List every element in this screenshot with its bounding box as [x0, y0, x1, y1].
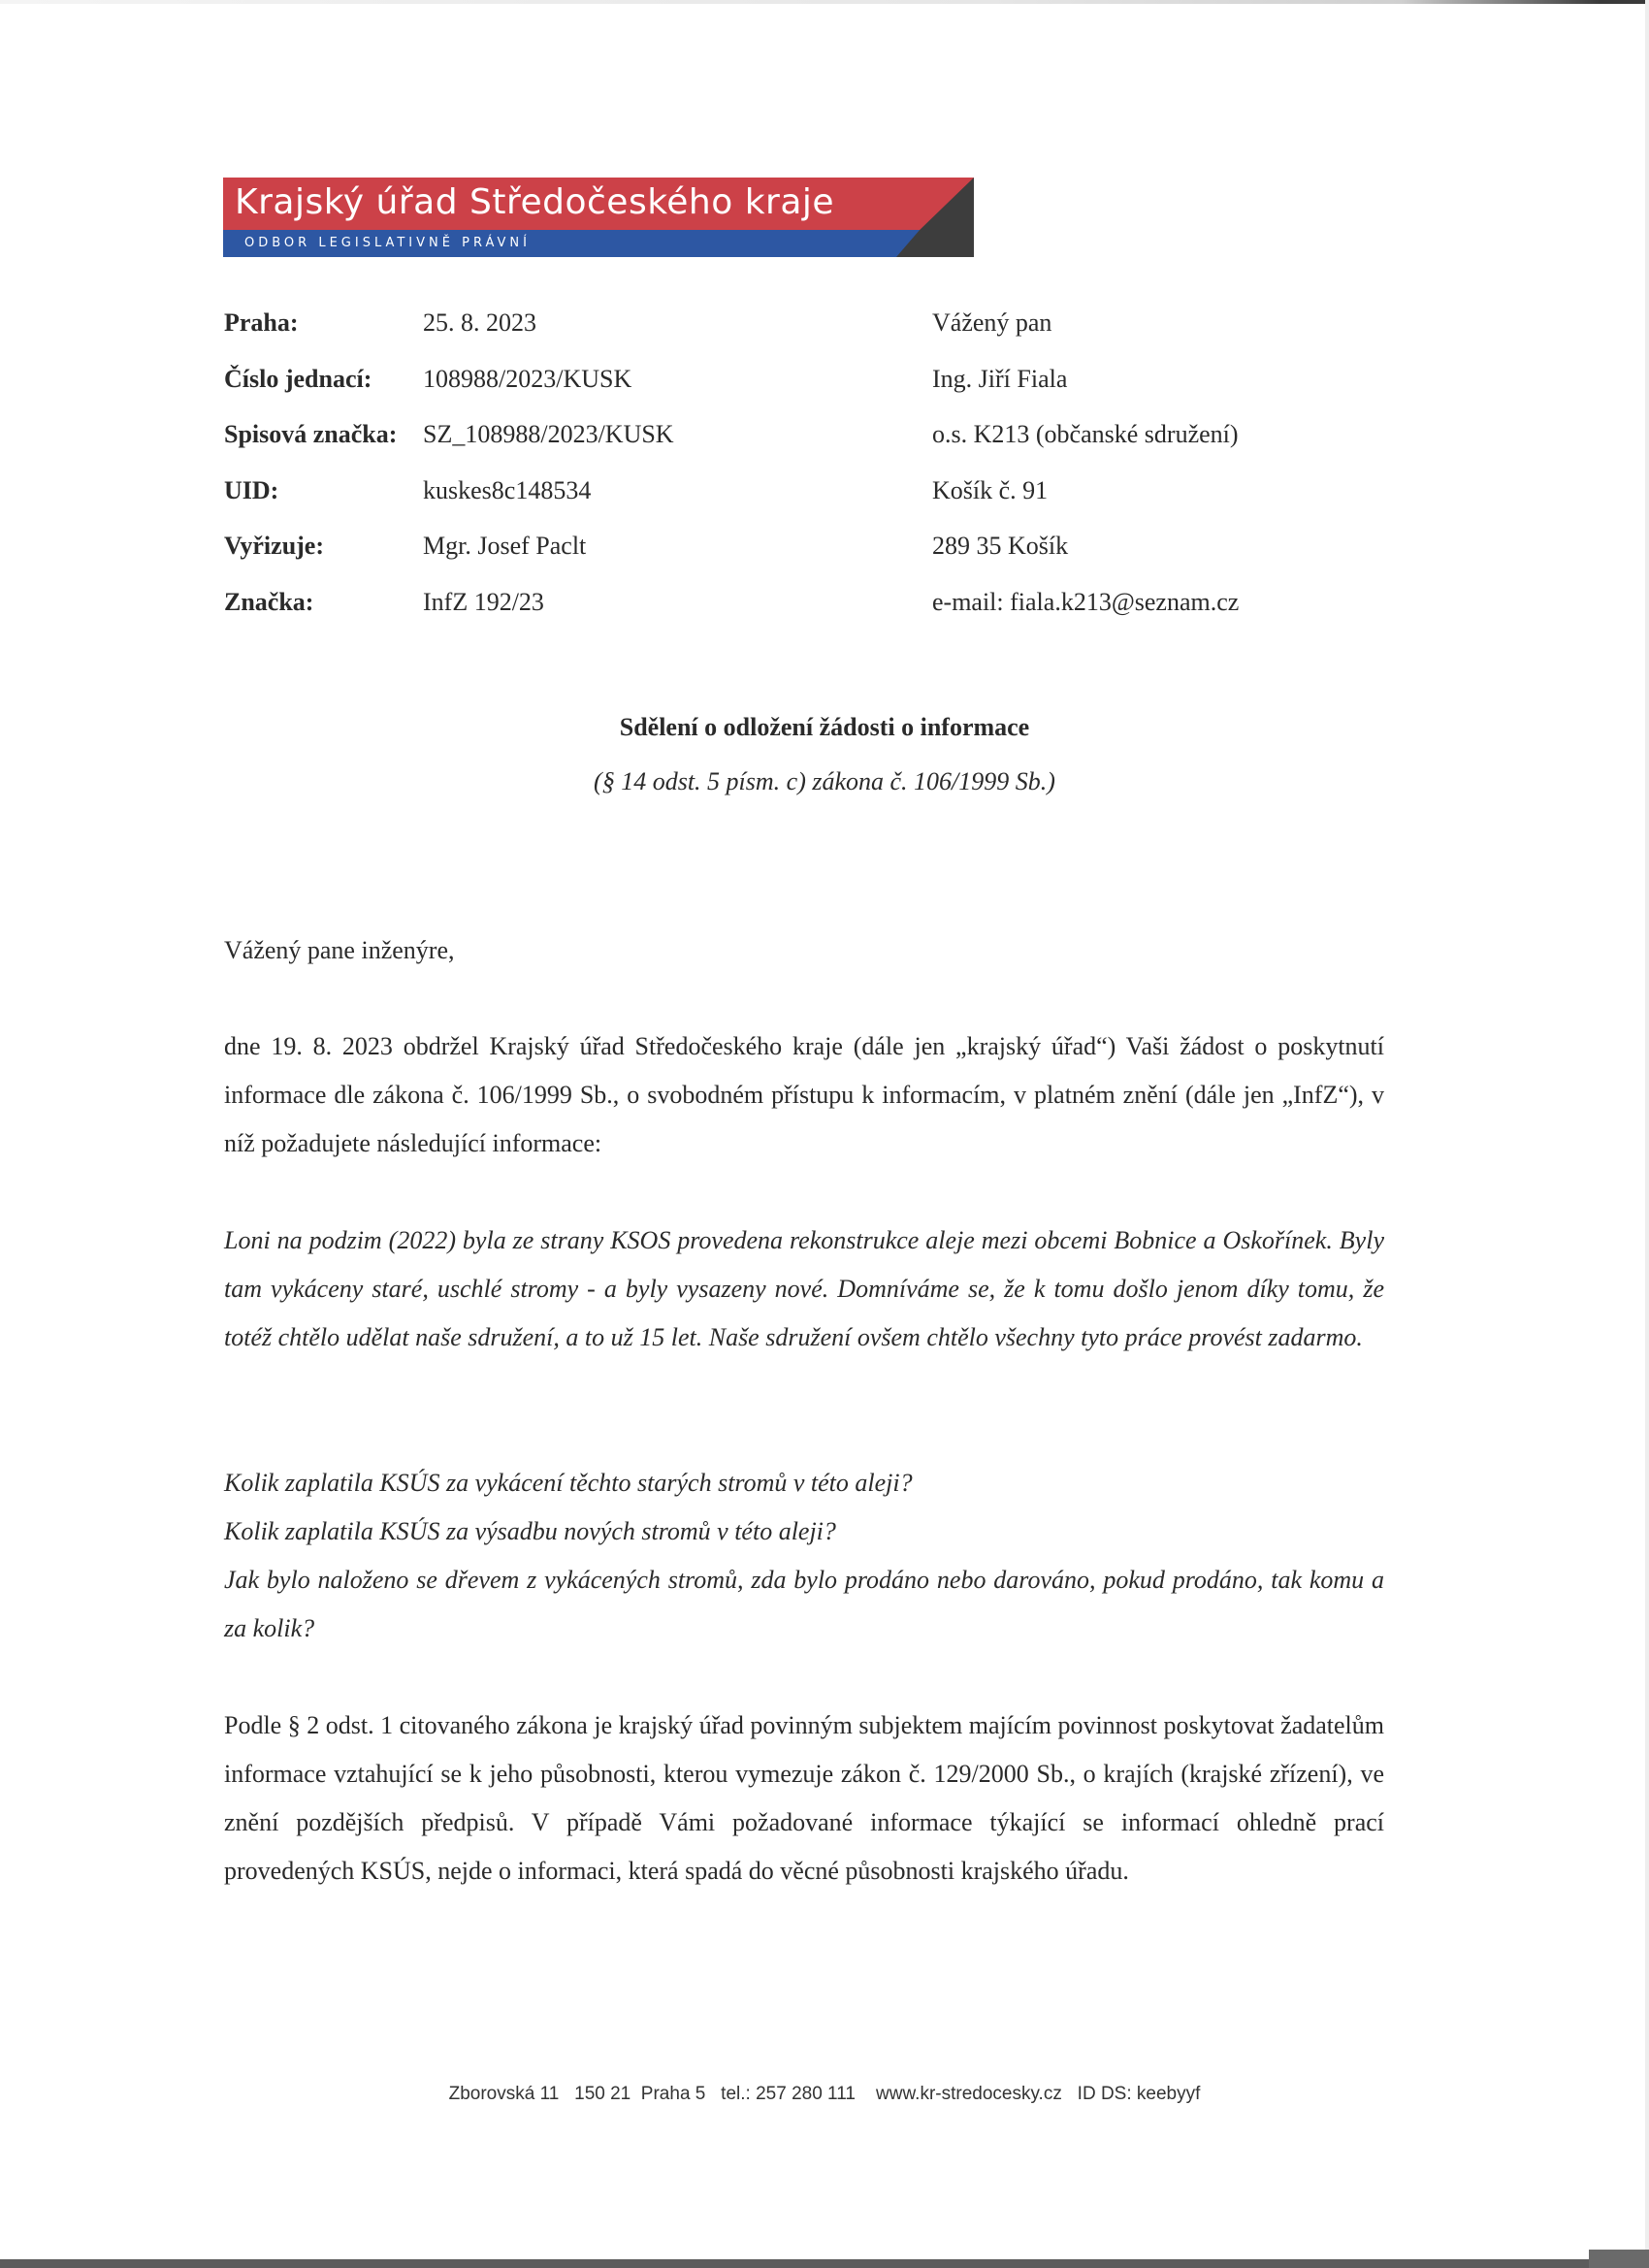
legal-text: Podle § 2 odst. 1 citovaného zákona je k…	[224, 1701, 1384, 1895]
greeting: Vážený pane inženýre,	[224, 926, 1384, 975]
recipient-street: Košík č. 91	[932, 471, 1378, 528]
scan-bottom-edge	[0, 2259, 1649, 2268]
scan-right-edge	[1645, 0, 1649, 2268]
recipient-organization: o.s. K213 (občanské sdružení)	[932, 415, 1378, 471]
meta-value: kuskes8c148534	[423, 471, 591, 528]
scan-corner	[1589, 2250, 1649, 2268]
letterhead-title: Krajský úřad Středočeského kraje	[235, 179, 834, 226]
quoted-request: Loni na podzim (2022) byla ze strany KSO…	[224, 1216, 1384, 1362]
meta-label: Praha:	[224, 304, 423, 360]
meta-row-handled-by: Vyřizuje: Mgr. Josef Paclt	[224, 527, 767, 583]
meta-label: Vyřizuje:	[224, 527, 423, 583]
meta-label: Značka:	[224, 583, 423, 639]
reference-block: Praha: 25. 8. 2023 Číslo jednací: 108988…	[224, 304, 767, 638]
letterhead-footer: Zborovská 11 150 21 Praha 5 tel.: 257 28…	[0, 2084, 1649, 2105]
recipient-name: Ing. Jiří Fiala	[932, 360, 1378, 416]
meta-row-mark: Značka: InfZ 192/23	[224, 583, 767, 639]
document-legal-basis: (§ 14 odst. 5 písm. c) zákona č. 106/199…	[0, 762, 1649, 801]
meta-label: UID:	[224, 471, 423, 528]
intro-paragraph: dne 19. 8. 2023 obdržel Krajský úřad Stř…	[224, 1022, 1384, 1168]
meta-row-reference-number: Číslo jednací: 108988/2023/KUSK	[224, 360, 767, 416]
recipient-salutation: Vážený pan	[932, 304, 1378, 360]
letterhead-banner: Krajský úřad Středočeského kraje ODBOR L…	[223, 178, 974, 257]
quoted-request-text: Loni na podzim (2022) byla ze strany KSO…	[224, 1216, 1384, 1362]
meta-value: 25. 8. 2023	[423, 304, 536, 360]
request-questions: Kolik zaplatila KSÚS za vykácení těchto …	[224, 1459, 1384, 1653]
meta-value: InfZ 192/23	[423, 583, 544, 639]
meta-label: Číslo jednací:	[224, 360, 423, 416]
recipient-email: e-mail: fiala.k213@seznam.cz	[932, 583, 1378, 639]
letterhead-department: ODBOR LEGISLATIVNĚ PRÁVNÍ	[244, 233, 531, 254]
meta-row-file-mark: Spisová značka: SZ_108988/2023/KUSK	[224, 415, 767, 471]
question-2: Kolik zaplatila KSÚS za výsadbu nových s…	[224, 1507, 1384, 1556]
recipient-address: Vážený pan Ing. Jiří Fiala o.s. K213 (ob…	[932, 304, 1378, 638]
document-title: Sdělení o odložení žádosti o informace	[0, 708, 1649, 747]
meta-row-place-date: Praha: 25. 8. 2023	[224, 304, 767, 360]
question-3: Jak bylo naloženo se dřevem z vykácených…	[224, 1556, 1384, 1653]
legal-paragraph: Podle § 2 odst. 1 citovaného zákona je k…	[224, 1701, 1384, 1895]
meta-label: Spisová značka:	[224, 415, 423, 471]
meta-value: 108988/2023/KUSK	[423, 360, 631, 416]
meta-row-uid: UID: kuskes8c148534	[224, 471, 767, 528]
meta-value: Mgr. Josef Paclt	[423, 527, 586, 583]
scan-top-edge	[0, 0, 1649, 4]
recipient-city: 289 35 Košík	[932, 527, 1378, 583]
question-1: Kolik zaplatila KSÚS za vykácení těchto …	[224, 1459, 1384, 1507]
greeting-text: Vážený pane inženýre,	[224, 926, 1384, 975]
meta-value: SZ_108988/2023/KUSK	[423, 415, 674, 471]
intro-text: dne 19. 8. 2023 obdržel Krajský úřad Stř…	[224, 1022, 1384, 1168]
